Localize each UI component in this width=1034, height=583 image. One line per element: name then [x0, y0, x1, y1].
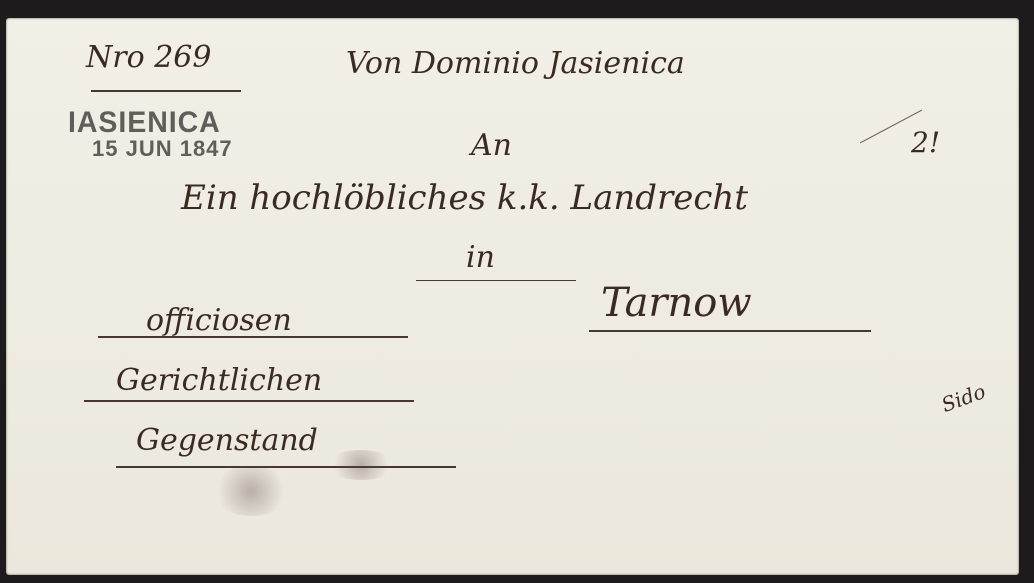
postmark-town: IASIENICA	[68, 106, 221, 140]
ink-smudge	[326, 450, 396, 480]
rate-mark: 2!	[911, 126, 940, 159]
sender-line: Von Dominio Jasienica	[346, 46, 685, 81]
city-underline	[589, 330, 871, 332]
number-underline	[91, 90, 241, 92]
subject-line-2: Gerichtlichen	[116, 363, 322, 398]
subject-underline-3	[116, 466, 456, 468]
subject-line-3: Gegenstand	[136, 423, 318, 458]
postmark-date: 15 JUN 1847	[92, 136, 233, 162]
number-label: Nro 269	[86, 40, 211, 75]
addressee-city: Tarnow	[601, 280, 752, 326]
addressee-line3: in	[466, 240, 495, 275]
addressee-line1: An	[471, 128, 512, 163]
subject-underline-2	[84, 400, 414, 402]
subject-underline-1	[98, 336, 408, 338]
subject-line-1: officiosen	[146, 303, 292, 338]
ink-smudge	[211, 466, 291, 516]
corner-note: Sido	[938, 379, 988, 417]
letter-sheet: Nro 269 IASIENICA 15 JUN 1847 Von Domini…	[6, 18, 1019, 575]
addressee-line2: Ein hochlöbliches k.k. Landrecht	[181, 178, 748, 218]
in-underline	[416, 280, 576, 281]
